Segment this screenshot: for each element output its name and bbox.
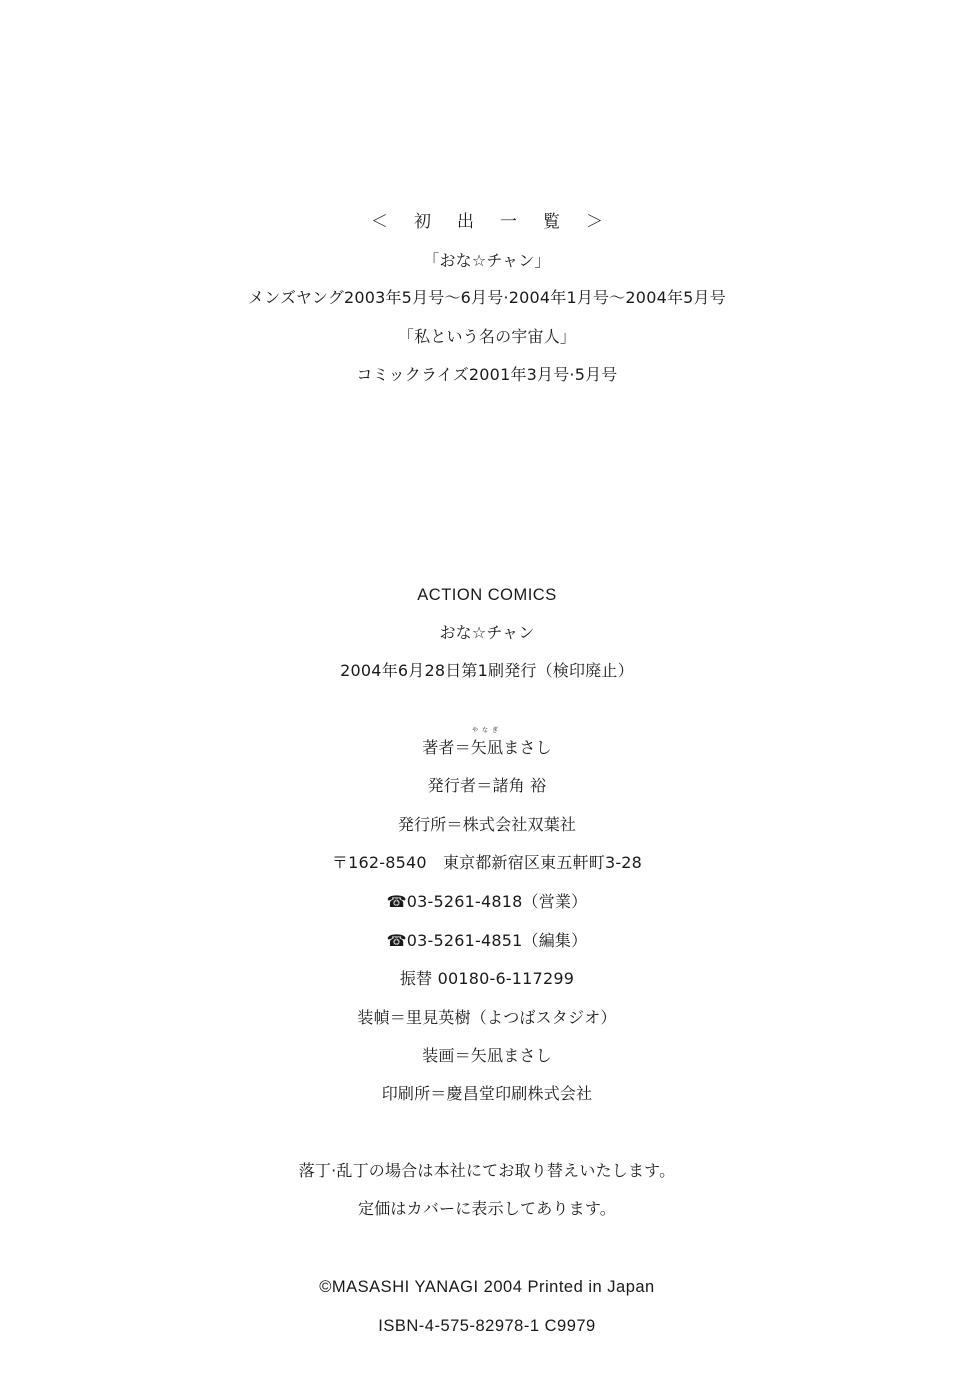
binding-design: 装幀＝里見英樹（よつばスタジオ）: [0, 1008, 974, 1028]
author-label: 著者＝: [422, 738, 471, 757]
author-surname-text: 矢凪: [471, 738, 503, 757]
publication-date: 2004年6月28日第1刷発行（検印廃止）: [0, 661, 974, 681]
first-appearance-heading: ＜初出一覧＞: [0, 212, 974, 232]
transfer-account: 振替 00180-6-117299: [0, 969, 974, 989]
author-surname: やなぎ矢凪: [471, 738, 503, 758]
publisher-address: 〒162-8540 東京都新宿区東五軒町3-28: [0, 853, 974, 873]
work-title: 「おな☆チャン」: [0, 251, 974, 271]
copyright: ©MASASHI YANAGI 2004 Printed in Japan: [0, 1277, 974, 1297]
isbn: ISBN-4-575-82978-1 C9979: [0, 1316, 974, 1336]
cover-art: 装画＝矢凪まさし: [0, 1046, 974, 1066]
author-given-name: まさし: [503, 738, 552, 757]
heading-glyph: 出: [457, 212, 474, 232]
publisher-person: 発行者＝諸角 裕: [0, 776, 974, 796]
author-line: 著者＝やなぎ矢凪まさし: [0, 738, 974, 758]
work-source: メンズヤング2003年5月号～6月号·2004年1月号～2004年5月号: [0, 288, 974, 308]
heading-bracket-close: ＞: [586, 212, 603, 232]
publisher-company: 発行所＝株式会社双葉社: [0, 815, 974, 835]
heading-bracket-open: ＜: [371, 212, 388, 232]
author-surname-ruby: やなぎ: [471, 727, 503, 735]
book-title: おな☆チャン: [0, 623, 974, 643]
phone-editorial: ☎03-5261-4851（編集）: [0, 931, 974, 951]
series-name: ACTION COMICS: [0, 585, 974, 605]
heading-glyph: 覧: [543, 212, 560, 232]
work-title: 「私という名の宇宙人」: [0, 327, 974, 347]
heading-glyph: 一: [500, 212, 517, 232]
printer: 印刷所＝慶昌堂印刷株式会社: [0, 1084, 974, 1104]
heading-glyph: 初: [414, 212, 431, 232]
price-notice: 定価はカバーに表示してあります。: [0, 1199, 974, 1219]
work-source: コミックライズ2001年3月号·5月号: [0, 365, 974, 385]
defect-notice: 落丁·乱丁の場合は本社にてお取り替えいたします。: [0, 1161, 974, 1181]
phone-sales: ☎03-5261-4818（営業）: [0, 892, 974, 912]
